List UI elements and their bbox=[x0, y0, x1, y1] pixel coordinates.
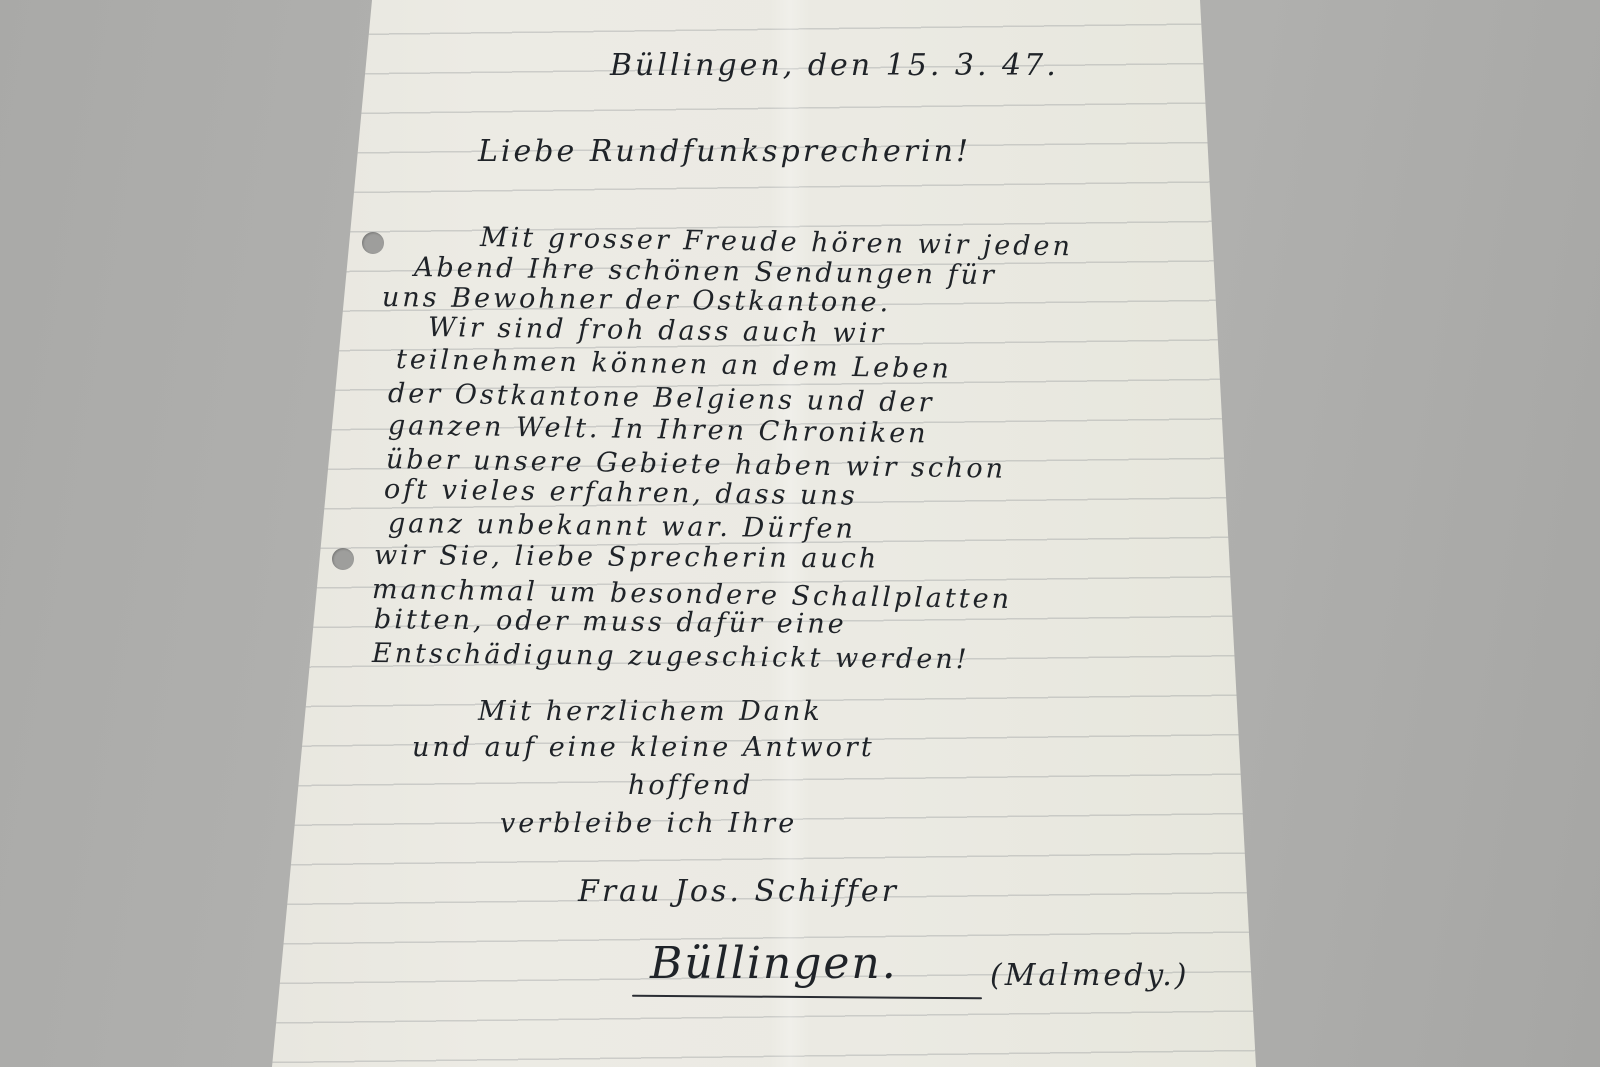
body-line: ganz unbekannt war. Dürfen bbox=[388, 508, 856, 545]
body-line: bitten, oder muss dafür eine bbox=[374, 604, 847, 640]
closing-line: hoffend bbox=[628, 770, 753, 801]
salutation: Liebe Rundfunksprecherin! bbox=[478, 134, 971, 169]
date-line: Büllingen, den 15. 3. 47. bbox=[610, 48, 1059, 83]
closing-line: und auf eine kleine Antwort bbox=[412, 732, 875, 763]
signature-region: (Malmedy.) bbox=[990, 958, 1190, 993]
signature-town: Büllingen. bbox=[650, 938, 898, 989]
body-line: Entschädigung zugeschickt werden! bbox=[372, 638, 970, 675]
closing-line: verbleibe ich Ihre bbox=[500, 808, 797, 839]
punch-hole-bottom bbox=[332, 548, 354, 570]
body-line: Wir sind froh dass auch wir bbox=[428, 312, 887, 349]
body-line: oft vieles erfahren, dass uns bbox=[384, 474, 858, 512]
signature-name: Frau Jos. Schiffer bbox=[578, 874, 899, 909]
punch-hole-top bbox=[362, 232, 384, 254]
closing-line: Mit herzlichem Dank bbox=[478, 696, 823, 727]
body-line: wir Sie, liebe Sprecherin auch bbox=[374, 540, 879, 575]
